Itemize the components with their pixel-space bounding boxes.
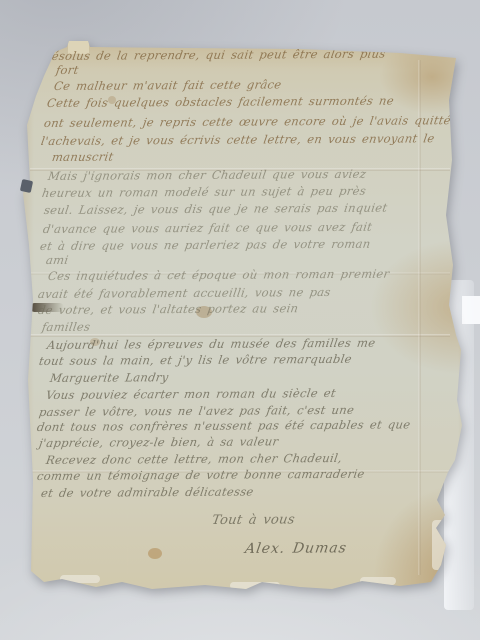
torn-edge-highlight <box>230 582 280 589</box>
stain-spot <box>148 548 162 559</box>
letter-paper: résolus de la reprendre, qui sait peut ê… <box>0 0 480 640</box>
letter-line: manuscrit <box>51 151 114 164</box>
letter-line: l'achevais, et je vous écrivis cette let… <box>40 132 436 148</box>
letter-line: tout sous la main, et j'y lis le vôtre r… <box>38 353 353 368</box>
letter-line: comme un témoignage de votre bonne camar… <box>36 468 366 483</box>
torn-edge-highlight <box>60 575 100 583</box>
letter-line: résolus de la reprendre, qui sait peut ê… <box>45 48 387 63</box>
letter-line: Mais j'ignorais mon cher Chadeuil que vo… <box>47 168 367 183</box>
letter-line: Aujourd'hui les épreuves du musée des fa… <box>46 337 376 352</box>
letter-line: seul. Laissez, je vous dis que je ne ser… <box>43 202 388 217</box>
letter-line: dont tous nos confrères n'eussent pas ét… <box>36 418 411 434</box>
letter-line: ami <box>45 254 69 267</box>
torn-edge-highlight <box>360 577 396 585</box>
letter-signature: Alex. Dumas <box>244 542 348 556</box>
letter-line: Vous pouviez écarter mon roman du siècle… <box>45 387 337 402</box>
letter-line: avait été favorablement accueilli, vous … <box>37 286 332 301</box>
letter-line: familles <box>41 321 91 334</box>
letter-line: ont seulement, je repris cette œuvre enc… <box>43 114 459 130</box>
letter-line: d'avance que vous auriez fait ce que vou… <box>42 221 373 236</box>
letter-line: Recevez donc cette lettre, mon cher Chad… <box>45 452 343 467</box>
letter-closing: Tout à vous <box>211 513 296 527</box>
letter-line: Ce malheur m'avait fait cette grâce <box>53 78 282 93</box>
letter-line: Marguerite Landry <box>49 371 169 385</box>
letter-line: fort <box>55 64 79 77</box>
letter-line: Cette fois quelques obstacles facilement… <box>46 95 395 110</box>
letter-line: de votre, et vous l'altates portez au se… <box>37 302 299 317</box>
letter-line: Ces inquiétudes à cet époque où mon roma… <box>47 268 390 283</box>
torn-edge-highlight <box>432 520 448 570</box>
letter-photo-background: résolus de la reprendre, qui sait peut ê… <box>0 0 480 640</box>
letter-line: heureux un roman modelé sur un sujet à p… <box>41 185 367 200</box>
paper-shadow-wrap: résolus de la reprendre, qui sait peut ê… <box>0 0 480 640</box>
letter-line: et à dire que vous ne parleriez pas de v… <box>39 238 371 253</box>
letter-line: j'apprécie, croyez-le bien, à sa valeur <box>38 435 279 450</box>
letter-line: passer le vôtre, vous ne l'avez pas fait… <box>38 404 355 419</box>
letter-line: et de votre admirable délicatesse <box>40 486 255 500</box>
